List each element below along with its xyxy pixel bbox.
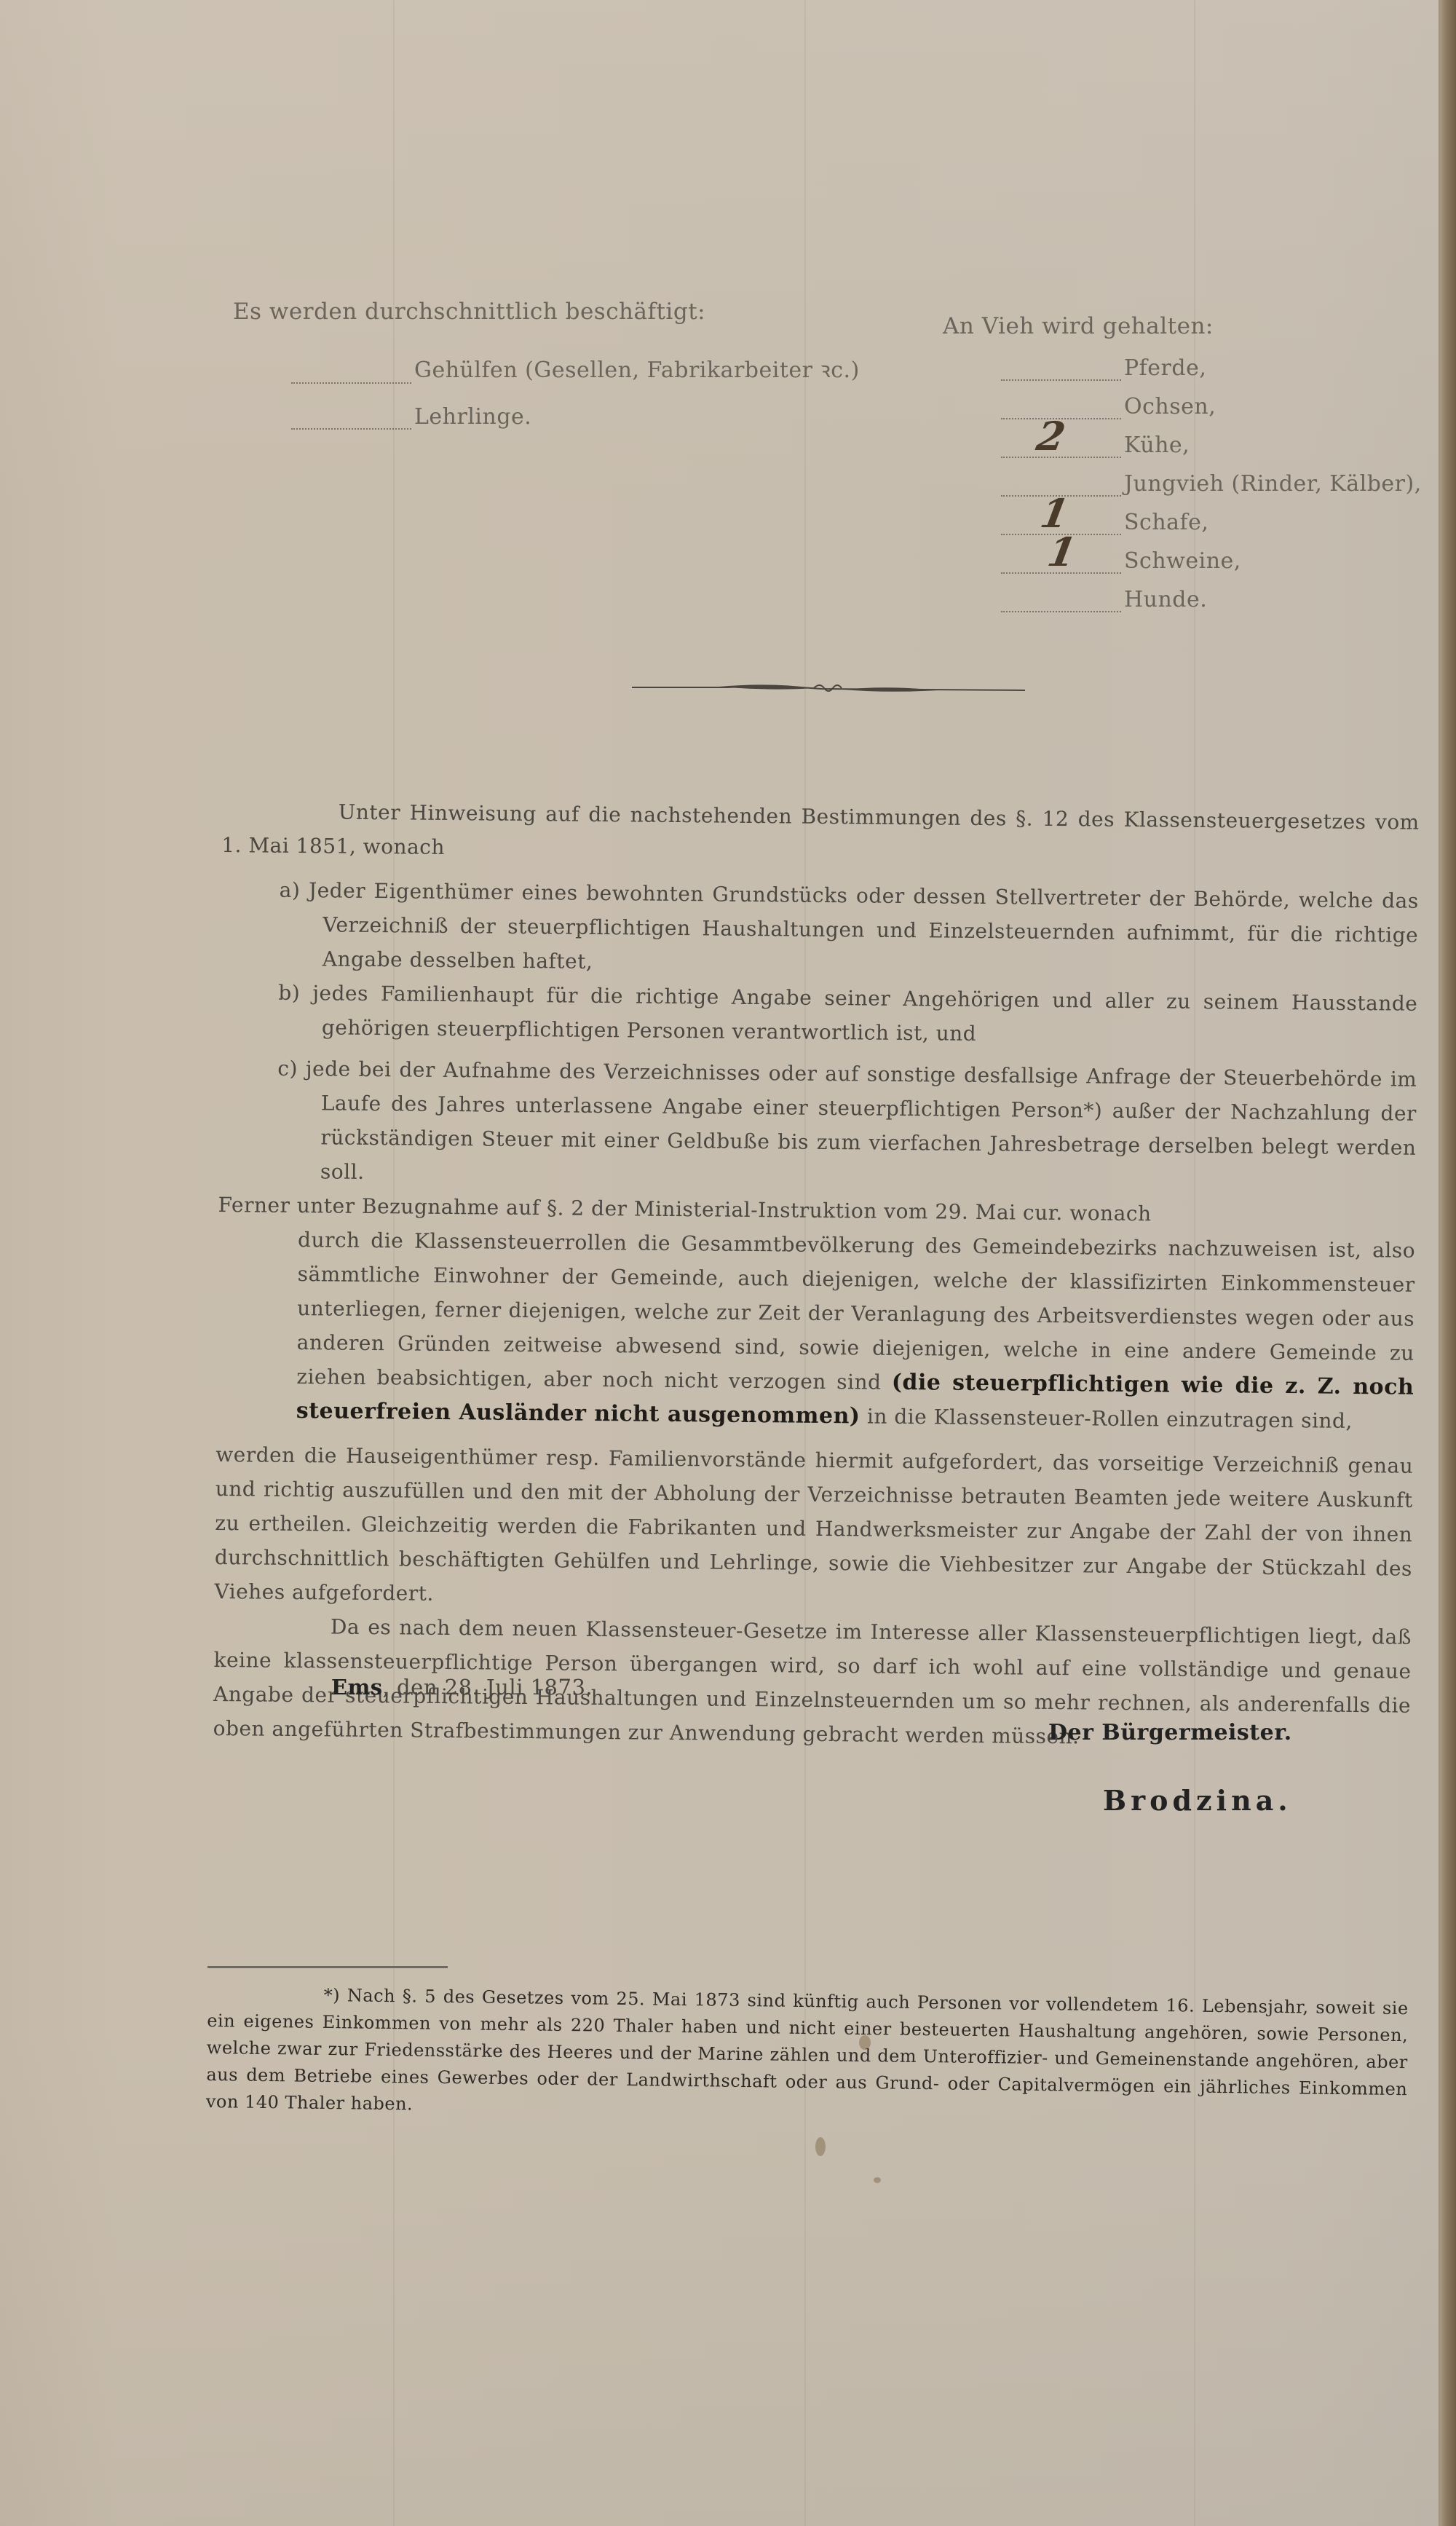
ornamental-divider xyxy=(632,681,1025,695)
instruction-text: durch die Klassensteuerrollen die Gesamm… xyxy=(296,1228,1415,1394)
employees-row-lehrlinge: Lehrlinge. xyxy=(291,391,888,430)
row-label: Jungvieh (Rinder, Kälber), xyxy=(1124,471,1422,497)
count-field[interactable] xyxy=(1001,589,1121,612)
employees-heading: Es werden durchschnittlich beschäftigt: xyxy=(233,299,888,325)
count-field[interactable] xyxy=(291,406,411,430)
livestock-heading: An Vieh wird gehalten: xyxy=(943,313,1438,339)
date-text: , den 28. Juli 1873. xyxy=(383,1675,593,1700)
item-marker: b) xyxy=(278,981,300,1005)
signature-title: Der Bürgermeister. xyxy=(1048,1720,1292,1745)
livestock-section: An Vieh wird gehalten: Pferde, Ochsen, 2… xyxy=(943,313,1438,612)
item-text: jedes Familienhaupt für die richtige Ang… xyxy=(312,981,1417,1046)
livestock-row-kuehe: 2 Kühe, xyxy=(1001,419,1438,458)
row-label: Kühe, xyxy=(1124,433,1190,458)
row-label: Lehrlinge. xyxy=(414,404,531,430)
count-field[interactable] xyxy=(291,360,411,384)
row-label: Hunde. xyxy=(1124,587,1207,612)
row-label: Ochsen, xyxy=(1124,394,1216,419)
count-field[interactable]: 1 xyxy=(1001,550,1121,574)
binding-edge xyxy=(1439,0,1456,2526)
livestock-row-schweine: 1 Schweine, xyxy=(1001,535,1438,574)
ink-stain xyxy=(874,2177,881,2183)
footnote-rule xyxy=(207,1966,448,1968)
regulation-item-b: b) jedes Familienhaupt für die richtige … xyxy=(278,976,1418,1055)
row-label: Pferde, xyxy=(1124,355,1206,381)
ink-stain xyxy=(859,2035,871,2050)
item-marker: c) xyxy=(277,1057,298,1081)
row-label: Schweine, xyxy=(1124,548,1241,574)
item-text: Jeder Eigenthümer eines bewohnten Grunds… xyxy=(309,878,1419,974)
place-name: Ems xyxy=(331,1675,383,1700)
livestock-row-hunde: Hunde. xyxy=(1001,574,1438,612)
intro-paragraph: Unter Hinweisung auf die nachstehenden B… xyxy=(221,794,1420,874)
place-date: Ems, den 28. Juli 1873. xyxy=(331,1675,593,1700)
instruction-text-end: in die Klassensteuer-Rollen einzutragen … xyxy=(867,1405,1353,1433)
row-label: Schafe, xyxy=(1124,510,1208,535)
regulation-text: Unter Hinweisung auf die nachstehenden B… xyxy=(213,794,1419,1757)
footnote-text: *) Nach §. 5 des Gesetzes vom 25. Mai 18… xyxy=(206,1981,1409,2130)
footnote: *) Nach §. 5 des Gesetzes vom 25. Mai 18… xyxy=(206,1981,1409,2130)
count-field[interactable]: 2 xyxy=(1001,435,1121,458)
instruction-block: durch die Klassensteuerrollen die Gesamm… xyxy=(296,1223,1416,1439)
regulation-item-a: a) Jeder Eigenthümer eines bewohnten Gru… xyxy=(279,873,1419,987)
item-marker: a) xyxy=(280,878,301,902)
regulation-item-c: c) jede bei der Aufnahme des Verzeichnis… xyxy=(277,1051,1417,1199)
row-label: Gehülfen (Gesellen, Fabrikarbeiter ꝛc.) xyxy=(414,354,860,384)
item-text: jede bei der Aufnahme des Verzeichnisses… xyxy=(306,1057,1417,1184)
employees-row-gehuelfen: Gehülfen (Gesellen, Fabrikarbeiter ꝛc.) xyxy=(291,345,888,384)
employees-section: Es werden durchschnittlich beschäftigt: … xyxy=(233,299,888,430)
livestock-row-pferde: Pferde, xyxy=(1001,342,1438,381)
demand-paragraph: werden die Hauseigenthümer resp. Familie… xyxy=(214,1437,1413,1620)
signature-name: Brodzina. xyxy=(1103,1784,1292,1817)
ink-stain xyxy=(815,2137,826,2156)
count-field[interactable] xyxy=(1001,358,1121,381)
